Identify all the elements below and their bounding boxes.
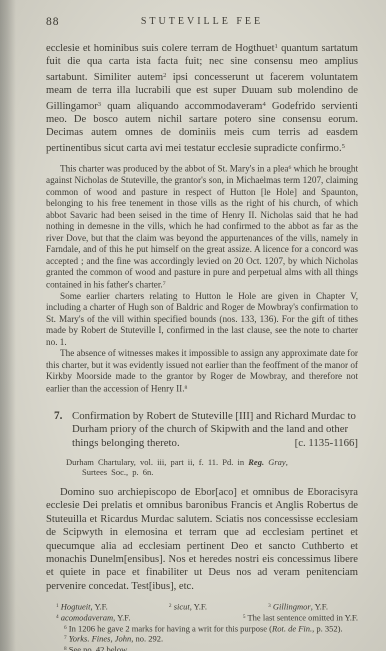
charter-7-number: 7. xyxy=(54,410,62,424)
footnote-row-2: 4 acomodaveram, Y.F. 5 The last sentence… xyxy=(46,612,358,623)
charter-7-latin-text: Domino suo archiepiscopo de Ebor[aco] et… xyxy=(46,486,358,593)
charter-7-heading: 7. Confirmation by Robert de Stuteville … xyxy=(46,410,358,451)
source-citation: Durham Chartulary, vol. iii, part ii, f.… xyxy=(46,457,358,477)
footnote-3: 3 Gillingmor, Y.F. xyxy=(268,601,328,612)
charter-7-date: [c. 1135-1166] xyxy=(295,437,358,451)
source-citation-line-2: Surtees Soc., p. 6n. xyxy=(46,467,358,477)
scanned-book-page: 88 STUTEVILLE FEE ecclesie et hominibus … xyxy=(0,0,386,651)
running-title: STUTEVILLE FEE xyxy=(46,16,358,27)
footnote-2: 2 sicut, Y.F. xyxy=(169,601,207,612)
charter-6-latin-continuation: ecclesie et hominibus suis colere terram… xyxy=(46,40,358,155)
footnote-1: 1 Hogtueit, Y.F. xyxy=(56,601,108,612)
page-content: 88 STUTEVILLE FEE ecclesie et hominibus … xyxy=(46,16,358,651)
commentary-paragraph-2: Some earlier charters relating to Hutton… xyxy=(46,291,358,349)
commentary-paragraph-3: The absence of witnesses makes it imposs… xyxy=(46,348,358,395)
footnote-4: 4 acomodaveram, Y.F. xyxy=(56,612,130,623)
scan-gutter-shadow xyxy=(0,0,16,651)
source-citation-line-1: Durham Chartulary, vol. iii, part ii, f.… xyxy=(46,457,358,467)
footnote-8: 8 See no. 42 below. xyxy=(38,644,358,651)
footnote-6: 6 In 1206 he gave 2 marks for having a w… xyxy=(38,623,358,634)
footnotes: 1 Hogtueit, Y.F. 2 sicut, Y.F. 3 Gilling… xyxy=(46,601,358,651)
page-number: 88 xyxy=(46,16,60,28)
page-header: 88 STUTEVILLE FEE xyxy=(46,16,358,32)
commentary-paragraph-1: This charter was produced by the abbot o… xyxy=(46,163,358,291)
footnote-5: 5 The last sentence omitted in Y.F. xyxy=(243,612,358,623)
footnote-7: 7 Yorks. Fines, John, no. 292. xyxy=(38,633,358,644)
footnote-row-1: 1 Hogtueit, Y.F. 2 sicut, Y.F. 3 Gilling… xyxy=(46,601,358,612)
